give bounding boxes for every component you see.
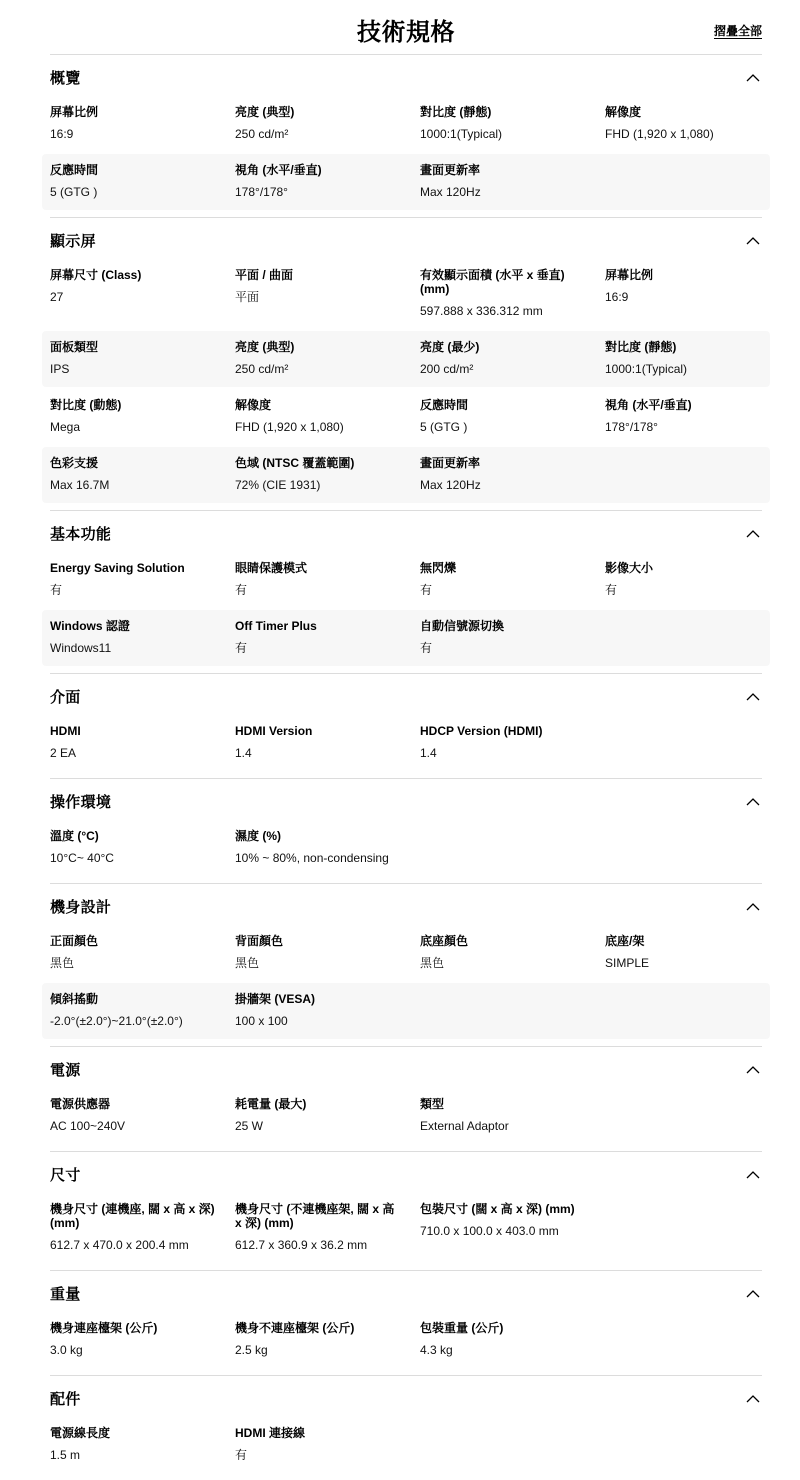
spec-value: 有 xyxy=(235,1448,404,1462)
spec-row: 屏幕比例16:9亮度 (典型)250 cd/m²對比度 (靜態)1000:1(T… xyxy=(42,96,770,152)
spec-section: 基本功能Energy Saving Solution有眼睛保護模式有無閃爍有影像… xyxy=(42,510,770,666)
spec-cell: 自動信號源切換有 xyxy=(420,619,605,655)
spec-label: 機身尺寸 (不連機座架, 闊 x 高 x 深) (mm) xyxy=(235,1202,404,1230)
spec-row: Energy Saving Solution有眼睛保護模式有無閃爍有影像大小有 xyxy=(42,552,770,608)
spec-section: 概覽屏幕比例16:9亮度 (典型)250 cd/m²對比度 (靜態)1000:1… xyxy=(42,54,770,210)
spec-value: IPS xyxy=(50,362,219,376)
section-header[interactable]: 電源 xyxy=(42,1047,770,1080)
spec-cell: 視角 (水平/垂直)178°/178° xyxy=(605,398,762,434)
spec-cell: 無閃爍有 xyxy=(420,561,605,597)
section-collapse-button[interactable] xyxy=(744,691,762,703)
spec-cell: 溫度 (°C)10°C~ 40°C xyxy=(50,829,235,865)
spec-row: 機身連座檯架 (公斤)3.0 kg機身不連座檯架 (公斤)2.5 kg包裝重量 … xyxy=(42,1312,770,1368)
spec-label: 自動信號源切換 xyxy=(420,619,589,633)
section-title: 配件 xyxy=(50,1388,81,1409)
spec-cell: 反應時間5 (GTG ) xyxy=(420,398,605,434)
spec-value: 10°C~ 40°C xyxy=(50,851,219,865)
spec-label: 掛牆架 (VESA) xyxy=(235,992,404,1006)
spec-label: Windows 認證 xyxy=(50,619,219,633)
chevron-up-icon[interactable] xyxy=(746,1395,760,1403)
spec-cell: 屏幕比例16:9 xyxy=(50,105,235,141)
spec-value: 黑色 xyxy=(50,956,219,970)
spec-label: 色域 (NTSC 覆蓋範圍) xyxy=(235,456,404,470)
spec-value: 27 xyxy=(50,290,219,304)
spec-value: 有 xyxy=(420,583,589,597)
spec-section: 重量機身連座檯架 (公斤)3.0 kg機身不連座檯架 (公斤)2.5 kg包裝重… xyxy=(42,1270,770,1368)
spec-row: HDMI2 EAHDMI Version1.4HDCP Version (HDM… xyxy=(42,715,770,771)
section-title: 概覽 xyxy=(50,67,81,88)
section-header[interactable]: 機身設計 xyxy=(42,884,770,917)
spec-row: 屏幕尺寸 (Class)27平面 / 曲面平面有效顯示面積 (水平 x 垂直) … xyxy=(42,259,770,329)
spec-value: 平面 xyxy=(235,290,404,304)
spec-cell: 電源線長度1.5 m xyxy=(50,1426,235,1462)
spec-label: 色彩支援 xyxy=(50,456,219,470)
spec-label: 底座顏色 xyxy=(420,934,589,948)
spec-label: 濕度 (%) xyxy=(235,829,404,843)
section-header[interactable]: 介面 xyxy=(42,674,770,707)
spec-value: 有 xyxy=(420,641,589,655)
spec-value: 250 cd/m² xyxy=(235,127,404,141)
sections-container: 概覽屏幕比例16:9亮度 (典型)250 cd/m²對比度 (靜態)1000:1… xyxy=(42,54,770,1473)
spec-label: Energy Saving Solution xyxy=(50,561,219,575)
spec-value: 16:9 xyxy=(605,290,746,304)
spec-value: 100 x 100 xyxy=(235,1014,404,1028)
section-title: 顯示屏 xyxy=(50,230,96,251)
section-header[interactable]: 重量 xyxy=(42,1271,770,1304)
spec-label: 正面顏色 xyxy=(50,934,219,948)
spec-value: 1.5 m xyxy=(50,1448,219,1462)
spec-cell: 包裝尺寸 (闊 x 高 x 深) (mm)710.0 x 100.0 x 403… xyxy=(420,1202,605,1252)
spec-cell: 機身尺寸 (連機座, 闊 x 高 x 深) (mm)612.7 x 470.0 … xyxy=(50,1202,235,1252)
section-collapse-button[interactable] xyxy=(744,1064,762,1076)
section-collapse-button[interactable] xyxy=(744,528,762,540)
spec-row: 溫度 (°C)10°C~ 40°C濕度 (%)10% ~ 80%, non-co… xyxy=(42,820,770,876)
spec-row: 反應時間5 (GTG )視角 (水平/垂直)178°/178°畫面更新率Max … xyxy=(42,154,770,210)
spec-value: 597.888 x 336.312 mm xyxy=(420,304,589,318)
section-title: 機身設計 xyxy=(50,896,111,917)
spec-label: 底座/架 xyxy=(605,934,746,948)
spec-section: 操作環境溫度 (°C)10°C~ 40°C濕度 (%)10% ~ 80%, no… xyxy=(42,778,770,876)
spec-value: 黑色 xyxy=(420,956,589,970)
section-header[interactable]: 基本功能 xyxy=(42,511,770,544)
spec-value: Windows11 xyxy=(50,641,219,655)
section-title: 尺寸 xyxy=(50,1164,81,1185)
spec-value: 612.7 x 360.9 x 36.2 mm xyxy=(235,1238,404,1252)
spec-cell: 傾斜搖動-2.0°(±2.0°)~21.0°(±2.0°) xyxy=(50,992,235,1028)
spec-label: 耗電量 (最大) xyxy=(235,1097,404,1111)
spec-cell: 濕度 (%)10% ~ 80%, non-condensing xyxy=(235,829,420,865)
spec-cell: 色彩支援Max 16.7M xyxy=(50,456,235,492)
spec-value: AC 100~240V xyxy=(50,1119,219,1133)
spec-cell: 對比度 (靜態)1000:1(Typical) xyxy=(605,340,762,376)
spec-section: 機身設計正面顏色黑色背面顏色黑色底座顏色黑色底座/架SIMPLE傾斜搖動-2.0… xyxy=(42,883,770,1039)
spec-cell: 耗電量 (最大)25 W xyxy=(235,1097,420,1133)
spec-cell: HDMI Version1.4 xyxy=(235,724,420,760)
spec-label: 傾斜搖動 xyxy=(50,992,219,1006)
section-collapse-button[interactable] xyxy=(744,72,762,84)
spec-cell: 平面 / 曲面平面 xyxy=(235,268,420,318)
chevron-up-icon[interactable] xyxy=(746,798,760,806)
spec-label: 背面顏色 xyxy=(235,934,404,948)
spec-cell: 機身不連座檯架 (公斤)2.5 kg xyxy=(235,1321,420,1357)
spec-label: 對比度 (靜態) xyxy=(420,105,589,119)
chevron-up-icon[interactable] xyxy=(746,1290,760,1298)
spec-value: 有 xyxy=(235,641,404,655)
spec-row: 色彩支援Max 16.7M色域 (NTSC 覆蓋範圍)72% (CIE 1931… xyxy=(42,447,770,503)
spec-cell: 亮度 (典型)250 cd/m² xyxy=(235,105,420,141)
spec-label: 溫度 (°C) xyxy=(50,829,219,843)
spec-value: 4.3 kg xyxy=(420,1343,589,1357)
spec-cell: 底座/架SIMPLE xyxy=(605,934,762,970)
spec-label: 對比度 (動態) xyxy=(50,398,219,412)
section-collapse-button[interactable] xyxy=(744,796,762,808)
spec-cell: 機身連座檯架 (公斤)3.0 kg xyxy=(50,1321,235,1357)
spec-label: HDMI Version xyxy=(235,724,404,738)
spec-cell: HDCP Version (HDMI)1.4 xyxy=(420,724,605,760)
spec-label: 包裝重量 (公斤) xyxy=(420,1321,589,1335)
spec-value: SIMPLE xyxy=(605,956,746,970)
spec-value: -2.0°(±2.0°)~21.0°(±2.0°) xyxy=(50,1014,219,1028)
spec-cell: Energy Saving Solution有 xyxy=(50,561,235,597)
spec-row: 面板類型IPS亮度 (典型)250 cd/m²亮度 (最少)200 cd/m²對… xyxy=(42,331,770,387)
section-collapse-button[interactable] xyxy=(744,1169,762,1181)
chevron-up-icon[interactable] xyxy=(746,237,760,245)
spec-page: 技術規格 摺疊全部 概覽屏幕比例16:9亮度 (典型)250 cd/m²對比度 … xyxy=(42,0,770,1473)
spec-row: 傾斜搖動-2.0°(±2.0°)~21.0°(±2.0°)掛牆架 (VESA)1… xyxy=(42,983,770,1039)
page-title: 技術規格 xyxy=(42,10,770,47)
section-title: 操作環境 xyxy=(50,791,111,812)
spec-cell: 面板類型IPS xyxy=(50,340,235,376)
spec-label: 解像度 xyxy=(605,105,746,119)
spec-label: 包裝尺寸 (闊 x 高 x 深) (mm) xyxy=(420,1202,589,1216)
spec-value: 有 xyxy=(605,583,746,597)
section-title: 基本功能 xyxy=(50,523,111,544)
section-header[interactable]: 顯示屏 xyxy=(42,218,770,251)
spec-label: 畫面更新率 xyxy=(420,456,589,470)
spec-cell: 影像大小有 xyxy=(605,561,762,597)
spec-cell: 屏幕尺寸 (Class)27 xyxy=(50,268,235,318)
spec-value: 1000:1(Typical) xyxy=(605,362,746,376)
spec-section: 顯示屏屏幕尺寸 (Class)27平面 / 曲面平面有效顯示面積 (水平 x 垂… xyxy=(42,217,770,503)
section-title: 重量 xyxy=(50,1283,81,1304)
spec-label: 有效顯示面積 (水平 x 垂直) (mm) xyxy=(420,268,589,296)
spec-cell: 畫面更新率Max 120Hz xyxy=(420,163,605,199)
chevron-up-icon[interactable] xyxy=(746,903,760,911)
chevron-up-icon[interactable] xyxy=(746,693,760,701)
chevron-up-icon[interactable] xyxy=(746,1171,760,1179)
spec-label: HDMI 連接線 xyxy=(235,1426,404,1440)
spec-value: 1.4 xyxy=(235,746,404,760)
spec-label: 電源線長度 xyxy=(50,1426,219,1440)
spec-value: Max 120Hz xyxy=(420,185,589,199)
spec-cell: 正面顏色黑色 xyxy=(50,934,235,970)
spec-label: 電源供應器 xyxy=(50,1097,219,1111)
spec-label: 眼睛保護模式 xyxy=(235,561,404,575)
collapse-all-link[interactable]: 摺疊全部 xyxy=(714,22,762,39)
spec-value: External Adaptor xyxy=(420,1119,589,1133)
spec-label: 視角 (水平/垂直) xyxy=(605,398,746,412)
spec-label: 反應時間 xyxy=(420,398,589,412)
spec-label: 面板類型 xyxy=(50,340,219,354)
spec-value: 2.5 kg xyxy=(235,1343,404,1357)
spec-value: 178°/178° xyxy=(605,420,746,434)
spec-cell: 對比度 (動態)Mega xyxy=(50,398,235,434)
spec-section: 配件電源線長度1.5 mHDMI 連接線有 xyxy=(42,1375,770,1473)
section-header[interactable]: 操作環境 xyxy=(42,779,770,812)
section-header[interactable]: 配件 xyxy=(42,1376,770,1409)
spec-cell: 屏幕比例16:9 xyxy=(605,268,762,318)
spec-label: 機身尺寸 (連機座, 闊 x 高 x 深) (mm) xyxy=(50,1202,219,1230)
spec-label: 亮度 (典型) xyxy=(235,340,404,354)
spec-cell: 背面顏色黑色 xyxy=(235,934,420,970)
spec-cell: 包裝重量 (公斤)4.3 kg xyxy=(420,1321,605,1357)
spec-value: Max 120Hz xyxy=(420,478,589,492)
title-bar: 技術規格 摺疊全部 xyxy=(42,10,770,54)
spec-value: FHD (1,920 x 1,080) xyxy=(605,127,746,141)
section-collapse-button[interactable] xyxy=(744,235,762,247)
spec-value: 5 (GTG ) xyxy=(50,185,219,199)
spec-value: 黑色 xyxy=(235,956,404,970)
spec-row: 對比度 (動態)Mega解像度FHD (1,920 x 1,080)反應時間5 … xyxy=(42,389,770,445)
chevron-up-icon[interactable] xyxy=(746,1066,760,1074)
spec-cell: Off Timer Plus有 xyxy=(235,619,420,655)
spec-label: 亮度 (最少) xyxy=(420,340,589,354)
spec-label: 視角 (水平/垂直) xyxy=(235,163,404,177)
spec-label: 無閃爍 xyxy=(420,561,589,575)
spec-row: 電源供應器AC 100~240V耗電量 (最大)25 W類型External A… xyxy=(42,1088,770,1144)
spec-cell: 亮度 (最少)200 cd/m² xyxy=(420,340,605,376)
spec-value: 16:9 xyxy=(50,127,219,141)
spec-cell: Windows 認證Windows11 xyxy=(50,619,235,655)
spec-section: 介面HDMI2 EAHDMI Version1.4HDCP Version (H… xyxy=(42,673,770,771)
section-collapse-button[interactable] xyxy=(744,1288,762,1300)
spec-cell: 解像度FHD (1,920 x 1,080) xyxy=(235,398,420,434)
spec-label: 類型 xyxy=(420,1097,589,1111)
spec-label: 平面 / 曲面 xyxy=(235,268,404,282)
chevron-up-icon[interactable] xyxy=(746,530,760,538)
section-title: 電源 xyxy=(50,1059,81,1080)
spec-label: HDCP Version (HDMI) xyxy=(420,724,589,738)
spec-value: 178°/178° xyxy=(235,185,404,199)
spec-label: HDMI xyxy=(50,724,219,738)
spec-label: 影像大小 xyxy=(605,561,746,575)
spec-cell: 對比度 (靜態)1000:1(Typical) xyxy=(420,105,605,141)
spec-value: 250 cd/m² xyxy=(235,362,404,376)
spec-row: 正面顏色黑色背面顏色黑色底座顏色黑色底座/架SIMPLE xyxy=(42,925,770,981)
spec-label: 屏幕尺寸 (Class) xyxy=(50,268,219,282)
spec-label: 畫面更新率 xyxy=(420,163,589,177)
spec-value: Max 16.7M xyxy=(50,478,219,492)
spec-value: 72% (CIE 1931) xyxy=(235,478,404,492)
spec-label: 屏幕比例 xyxy=(50,105,219,119)
spec-value: 1.4 xyxy=(420,746,589,760)
spec-cell: 有效顯示面積 (水平 x 垂直) (mm)597.888 x 336.312 m… xyxy=(420,268,605,318)
spec-row: 電源線長度1.5 mHDMI 連接線有 xyxy=(42,1417,770,1473)
spec-label: 機身不連座檯架 (公斤) xyxy=(235,1321,404,1335)
spec-value: 612.7 x 470.0 x 200.4 mm xyxy=(50,1238,219,1252)
spec-value: 有 xyxy=(50,583,219,597)
spec-value: 10% ~ 80%, non-condensing xyxy=(235,851,404,865)
spec-cell: 視角 (水平/垂直)178°/178° xyxy=(235,163,420,199)
spec-cell: 掛牆架 (VESA)100 x 100 xyxy=(235,992,420,1028)
spec-value: Mega xyxy=(50,420,219,434)
spec-cell: 電源供應器AC 100~240V xyxy=(50,1097,235,1133)
spec-cell: HDMI 連接線有 xyxy=(235,1426,420,1462)
spec-value: 25 W xyxy=(235,1119,404,1133)
section-title: 介面 xyxy=(50,686,81,707)
chevron-up-icon[interactable] xyxy=(746,74,760,82)
spec-value: 1000:1(Typical) xyxy=(420,127,589,141)
spec-value: 200 cd/m² xyxy=(420,362,589,376)
spec-value: 3.0 kg xyxy=(50,1343,219,1357)
spec-row: 機身尺寸 (連機座, 闊 x 高 x 深) (mm)612.7 x 470.0 … xyxy=(42,1193,770,1263)
section-header[interactable]: 尺寸 xyxy=(42,1152,770,1185)
section-collapse-button[interactable] xyxy=(744,1393,762,1405)
spec-cell: 底座顏色黑色 xyxy=(420,934,605,970)
spec-label: 屏幕比例 xyxy=(605,268,746,282)
spec-value: FHD (1,920 x 1,080) xyxy=(235,420,404,434)
spec-cell: 亮度 (典型)250 cd/m² xyxy=(235,340,420,376)
spec-value: 5 (GTG ) xyxy=(420,420,589,434)
spec-label: 對比度 (靜態) xyxy=(605,340,746,354)
spec-cell: 解像度FHD (1,920 x 1,080) xyxy=(605,105,762,141)
spec-label: 亮度 (典型) xyxy=(235,105,404,119)
spec-cell: 眼睛保護模式有 xyxy=(235,561,420,597)
spec-value: 有 xyxy=(235,583,404,597)
spec-cell: 類型External Adaptor xyxy=(420,1097,605,1133)
spec-cell: 色域 (NTSC 覆蓋範圍)72% (CIE 1931) xyxy=(235,456,420,492)
spec-row: Windows 認證Windows11Off Timer Plus有自動信號源切… xyxy=(42,610,770,666)
spec-value: 710.0 x 100.0 x 403.0 mm xyxy=(420,1224,589,1238)
spec-cell: 機身尺寸 (不連機座架, 闊 x 高 x 深) (mm)612.7 x 360.… xyxy=(235,1202,420,1252)
spec-cell: 反應時間5 (GTG ) xyxy=(50,163,235,199)
spec-cell: 畫面更新率Max 120Hz xyxy=(420,456,605,492)
spec-label: Off Timer Plus xyxy=(235,619,404,633)
spec-label: 機身連座檯架 (公斤) xyxy=(50,1321,219,1335)
spec-cell: HDMI2 EA xyxy=(50,724,235,760)
spec-value: 2 EA xyxy=(50,746,219,760)
section-header[interactable]: 概覽 xyxy=(42,55,770,88)
spec-label: 解像度 xyxy=(235,398,404,412)
section-collapse-button[interactable] xyxy=(744,901,762,913)
spec-section: 電源電源供應器AC 100~240V耗電量 (最大)25 W類型External… xyxy=(42,1046,770,1144)
spec-label: 反應時間 xyxy=(50,163,219,177)
spec-section: 尺寸機身尺寸 (連機座, 闊 x 高 x 深) (mm)612.7 x 470.… xyxy=(42,1151,770,1263)
